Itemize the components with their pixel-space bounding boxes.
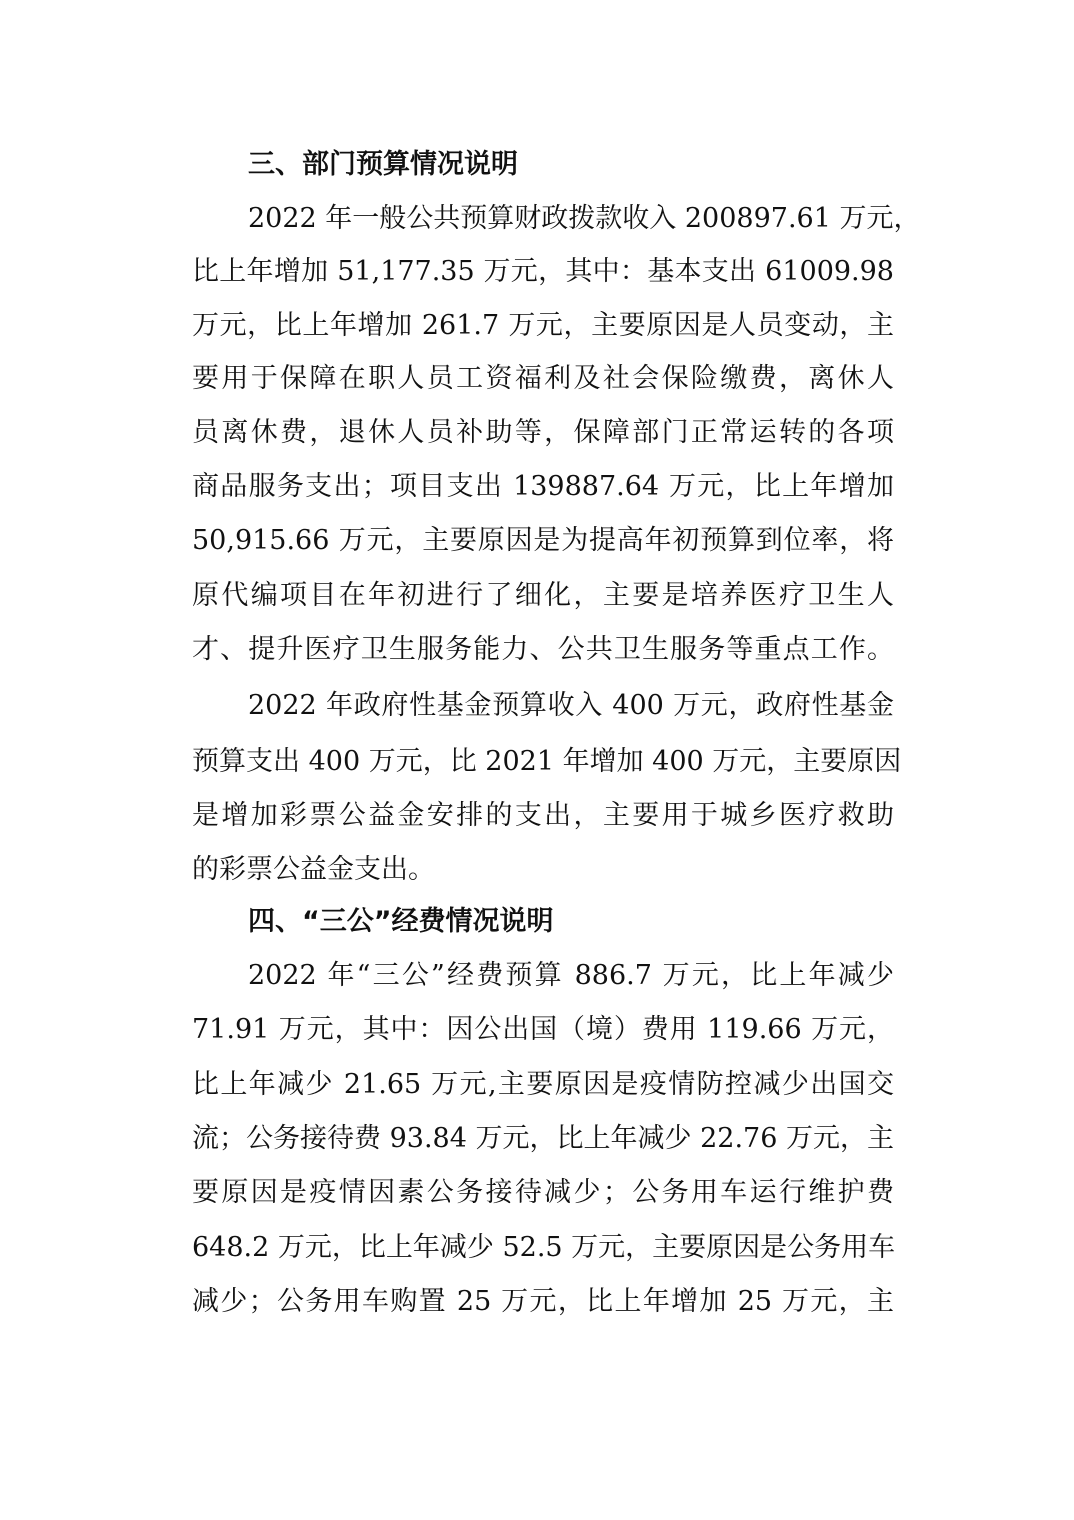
text-line: 50,915.66 万元，主要原因是为提高年初预算到位率，将: [192, 521, 894, 561]
document-page: 三、部门预算情况说明 2022 年一般公共预算财政拨款收入 200897.61 …: [0, 0, 1074, 1520]
text-line: 才、提升医疗卫生服务能力、公共卫生服务等重点工作。: [192, 630, 894, 670]
text-line: 的彩票公益金支出。: [192, 850, 894, 890]
text-line: 2022 年一般公共预算财政拨款收入 200897.61 万元，: [248, 199, 894, 239]
section-heading-department-budget: 三、部门预算情况说明: [248, 145, 518, 185]
text-line: 要用于保障在职人员工资福利及社会保险缴费，离休人: [192, 359, 894, 399]
text-line: 要原因是疫情因素公务接待减少；公务用车运行维护费: [192, 1173, 894, 1213]
text-line: 比上年减少 21.65 万元,主要原因是疫情防控减少出国交: [192, 1065, 894, 1105]
text-line: 商品服务支出；项目支出 139887.64 万元，比上年增加: [192, 467, 894, 507]
text-line: 比上年增加 51,177.35 万元，其中：基本支出 61009.98: [192, 252, 894, 292]
text-line: 减少；公务用车购置 25 万元，比上年增加 25 万元，主: [192, 1282, 894, 1322]
text-line: 2022 年“三公”经费预算 886.7 万元，比上年减少: [248, 956, 894, 996]
text-line: 流；公务接待费 93.84 万元，比上年减少 22.76 万元，主: [192, 1119, 894, 1159]
text-line: 是增加彩票公益金安排的支出，主要用于城乡医疗救助: [192, 796, 894, 836]
text-line: 员离休费，退休人员补助等，保障部门正常运转的各项: [192, 413, 894, 453]
text-line: 71.91 万元，其中：因公出国（境）费用 119.66 万元，: [192, 1010, 894, 1050]
text-line: 648.2 万元，比上年减少 52.5 万元，主要原因是公务用车: [192, 1228, 894, 1268]
text-line: 原代编项目在年初进行了细化，主要是培养医疗卫生人: [192, 576, 894, 616]
text-line: 预算支出 400 万元，比 2021 年增加 400 万元，主要原因: [192, 742, 894, 782]
text-line: 万元，比上年增加 261.7 万元，主要原因是人员变动，主: [192, 306, 894, 346]
section-heading-three-public-expenses: 四、“三公”经费情况说明: [248, 902, 554, 942]
text-line: 2022 年政府性基金预算收入 400 万元，政府性基金: [248, 686, 894, 726]
